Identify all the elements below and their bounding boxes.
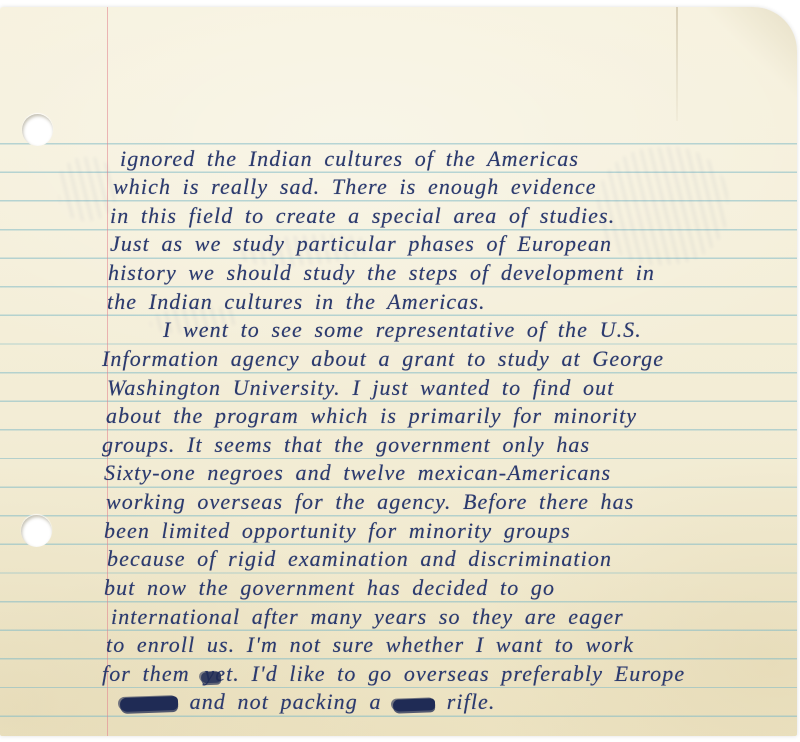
handwritten-line: I went to see some representative of the… [163, 316, 642, 343]
punch-hole-top [22, 114, 53, 146]
ink-scribble [201, 671, 221, 683]
handwritten-text: been limited opportunity for minority gr… [104, 518, 571, 543]
handwritten-text: working overseas for the agency. Before … [106, 489, 634, 514]
handwritten-text: rifle. [435, 689, 495, 714]
handwritten-text: which is really sad. There is enough evi… [113, 174, 597, 199]
handwritten-text: yet. I'd like to go overseas preferably … [204, 661, 685, 686]
handwritten-line: in this field to create a special area o… [110, 202, 615, 229]
handwritten-line: groups. It seems that the government onl… [102, 431, 590, 458]
handwritten-text: to enroll us. I'm not sure whether I wan… [106, 632, 634, 657]
handwritten-text: in this field to create a special area o… [110, 203, 615, 228]
handwritten-line: been limited opportunity for minority gr… [104, 517, 571, 544]
handwritten-line: working overseas for the agency. Before … [106, 488, 634, 515]
handwritten-line: Washington University. I just wanted to … [107, 374, 614, 401]
handwritten-text: about the program which is primarily for… [106, 403, 637, 428]
handwritten-line: because of rigid examination and discrim… [107, 545, 612, 572]
handwritten-line: and not packing a rifle. [120, 688, 496, 715]
handwritten-text: Washington University. I just wanted to … [107, 375, 614, 400]
handwritten-line: to enroll us. I'm not sure whether I wan… [106, 631, 634, 658]
handwritten-text: but now the government has decided to go [104, 575, 555, 600]
handwritten-line: history we should study the steps of dev… [108, 259, 655, 286]
handwritten-text: Just as we study particular phases of Eu… [110, 231, 612, 256]
handwritten-text: ignored the Indian cultures of the Ameri… [120, 146, 579, 171]
handwritten-text: I went to see some representative of the… [163, 317, 642, 342]
ink-scribble [393, 699, 435, 712]
handwritten-line: ignored the Indian cultures of the Ameri… [120, 145, 579, 172]
handwritten-line: for them yet. I'd like to go overseas pr… [102, 660, 685, 687]
handwritten-text: history we should study the steps of dev… [108, 260, 655, 285]
handwritten-text: Information agency about a grant to stud… [102, 346, 664, 371]
handwritten-text: for them [102, 661, 201, 686]
notebook-page: ignored the Indian cultures of the Ameri… [0, 7, 797, 736]
handwritten-line: Sixty-one negroes and twelve mexican-Ame… [104, 459, 611, 486]
handwritten-text: international after many years so they a… [111, 604, 624, 629]
handwritten-line: which is really sad. There is enough evi… [113, 173, 597, 200]
folded-corner [677, 7, 797, 97]
handwritten-line: but now the government has decided to go [104, 574, 555, 601]
handwritten-line: Information agency about a grant to stud… [102, 345, 664, 372]
handwritten-line: the Indian cultures in the Americas. [107, 288, 486, 315]
handwritten-line: international after many years so they a… [111, 603, 624, 630]
handwritten-text: the Indian cultures in the Americas. [107, 289, 486, 314]
handwritten-text: groups. It seems that the government onl… [102, 432, 590, 457]
handwritten-text: and not packing a [178, 689, 393, 714]
punch-hole-bottom [21, 515, 52, 547]
handwritten-text: because of rigid examination and discrim… [107, 546, 612, 571]
ink-scribble [120, 696, 178, 712]
handwritten-text: Sixty-one negroes and twelve mexican-Ame… [104, 460, 611, 485]
handwritten-line: Just as we study particular phases of Eu… [110, 230, 612, 257]
handwritten-line: about the program which is primarily for… [106, 402, 637, 429]
